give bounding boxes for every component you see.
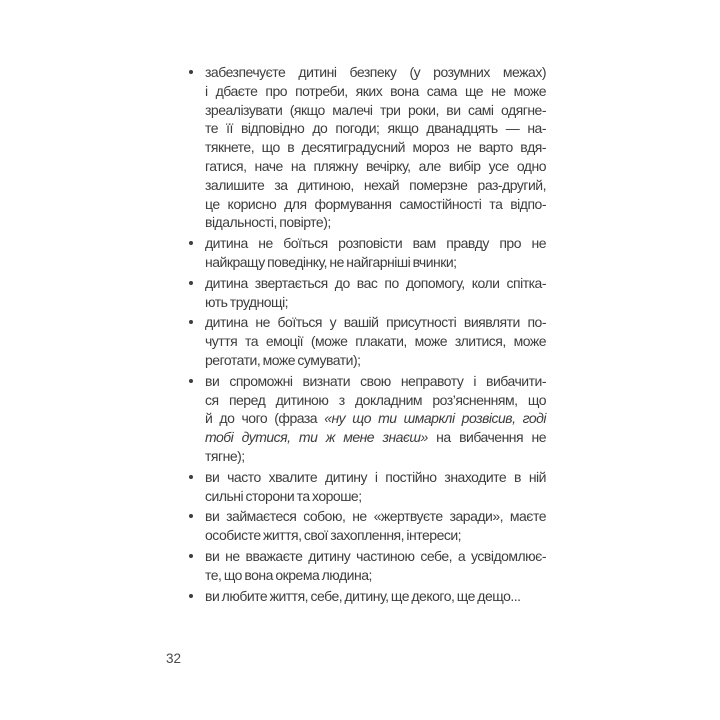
- list-item: дитина звертається до вас по допомогу, к…: [189, 274, 546, 312]
- bullet-text: ви любите життя, себе, дитину, ще декого…: [205, 587, 546, 606]
- text-line: зреалізувати (якщо малечі три роки, ви с…: [205, 101, 546, 120]
- list-item: дитина не боїться у вашій присутності ви…: [189, 313, 546, 369]
- quoted-phrase-italic: «ну що ти шмарклі розвісив, годі: [324, 410, 546, 426]
- bullet-icon: [189, 587, 205, 606]
- text-line: ви спроможні визнати свою неправоту і ви…: [205, 372, 546, 391]
- text-line: те її відповідно до погоди; якщо дванадц…: [205, 119, 546, 138]
- list-item: ви любите життя, себе, дитину, ще декого…: [189, 587, 546, 606]
- text-line: ють труднощі;: [205, 293, 546, 312]
- bullet-text: ви спроможні визнати свою неправоту і ви…: [205, 372, 546, 466]
- text-line: ви любите життя, себе, дитину, ще декого…: [205, 587, 546, 606]
- list-item: дитина не боїться розповісти вам правду …: [189, 234, 546, 272]
- text-line: дитина звертається до вас по допомогу, к…: [205, 274, 546, 293]
- text-line: те, що вона окрема людина;: [205, 566, 546, 585]
- text-line: тякнете, що в десятиградусний мороз не в…: [205, 138, 546, 157]
- text-line: чуття та емоції (може плакати, може злит…: [205, 332, 546, 351]
- bullet-icon: [189, 372, 205, 466]
- bullet-icon: [189, 274, 205, 312]
- list-item: забезпечуєте дитині безпеку (у розумних …: [189, 63, 546, 232]
- text-line: тягне);: [205, 447, 546, 466]
- text-line: ви не вважаєте дитину частиною себе, а у…: [205, 547, 546, 566]
- bullet-text: забезпечуєте дитині безпеку (у розумних …: [205, 63, 546, 232]
- text-segment: й до чого (фраза: [205, 410, 324, 426]
- quoted-phrase-italic: тобі дутися, ти ж мене знаєш»: [205, 429, 428, 445]
- text-line: найкращу поведінку, не найгарніші вчинки…: [205, 253, 546, 272]
- bullet-list: забезпечуєте дитині безпеку (у розумних …: [189, 63, 546, 607]
- page-number: 32: [166, 651, 181, 666]
- bullet-icon: [189, 234, 205, 272]
- bullet-text: дитина не боїться розповісти вам правду …: [205, 234, 546, 272]
- book-page: забезпечуєте дитині безпеку (у розумних …: [0, 0, 720, 720]
- bullet-icon: [189, 63, 205, 232]
- text-line: ся перед дитиною з докладним роз’яснення…: [205, 391, 546, 410]
- text-line: відальності, повірте);: [205, 213, 546, 232]
- list-item: ви не вважаєте дитину частиною себе, а у…: [189, 547, 546, 585]
- text-line: ви займаєтеся собою, не «жертвуєте зарад…: [205, 507, 546, 526]
- text-line: реготати, може сумувати);: [205, 351, 546, 370]
- bullet-icon: [189, 547, 205, 585]
- text-line: дитина не боїться розповісти вам правду …: [205, 234, 546, 253]
- bullet-icon: [189, 468, 205, 506]
- bullet-icon: [189, 313, 205, 369]
- list-item: ви займаєтеся собою, не «жертвуєте зарад…: [189, 507, 546, 545]
- text-line: сильні сторони та хороше;: [205, 487, 546, 506]
- text-segment: на вибачення не: [428, 429, 546, 445]
- text-line: особисте життя, свої захоплення, інтерес…: [205, 526, 546, 545]
- bullet-text: ви часто хвалите дитину і постійно знахо…: [205, 468, 546, 506]
- bullet-text: ви не вважаєте дитину частиною себе, а у…: [205, 547, 546, 585]
- bullet-text: дитина звертається до вас по допомогу, к…: [205, 274, 546, 312]
- text-line: гатися, наче на пляжну вечірку, але вибі…: [205, 157, 546, 176]
- text-line: й до чого (фраза «ну що ти шмарклі розві…: [205, 409, 546, 428]
- text-line: ви часто хвалите дитину і постійно знахо…: [205, 468, 546, 487]
- text-line: забезпечуєте дитині безпеку (у розумних …: [205, 63, 546, 82]
- bullet-icon: [189, 507, 205, 545]
- text-line: і дбаєте про потреби, яких вона сама ще …: [205, 82, 546, 101]
- text-line: залишите за дитиною, нехай померзне раз-…: [205, 176, 546, 195]
- list-item: ви часто хвалите дитину і постійно знахо…: [189, 468, 546, 506]
- text-line: це корисно для формування самостійності …: [205, 195, 546, 214]
- list-item: ви спроможні визнати свою неправоту і ви…: [189, 372, 546, 466]
- text-line: дитина не боїться у вашій присутності ви…: [205, 313, 546, 332]
- bullet-text: дитина не боїться у вашій присутності ви…: [205, 313, 546, 369]
- bullet-text: ви займаєтеся собою, не «жертвуєте зарад…: [205, 507, 546, 545]
- text-line: тобі дутися, ти ж мене знаєш» на вибачен…: [205, 428, 546, 447]
